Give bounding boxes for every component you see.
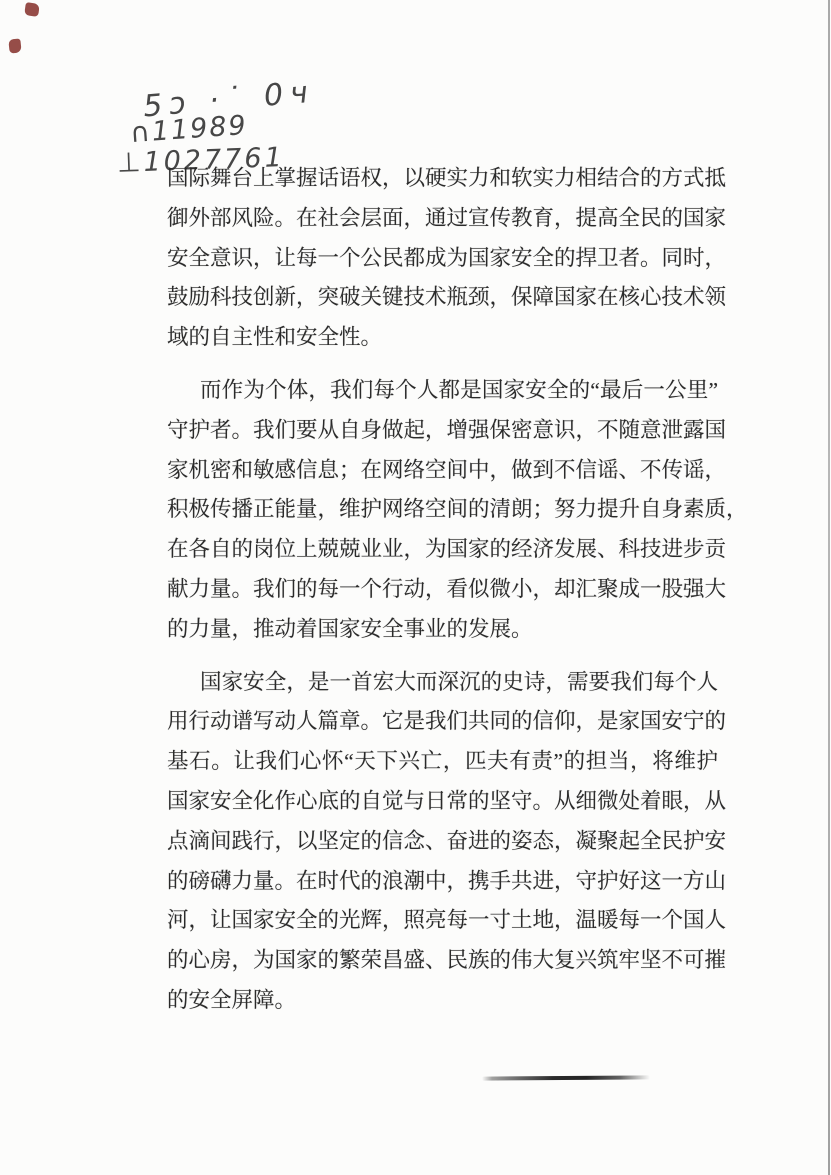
essay-line: 点滴间践行，以坚定的信念、奋进的姿态，凝聚起全民护安 [167,822,718,862]
scan-smudge-line [482,1075,650,1080]
essay-paragraph: 而作为个体，我们每个人都是国家安全的“最后一公里”守护者。我们要从自身做起，增强… [167,371,718,650]
essay-line: 的心房，为国家的繁荣昌盛、民族的伟大复兴筑牢坚不可摧 [167,941,718,981]
essay-line: 献力量。我们的每一个行动，看似微小，却汇聚成一股强大 [167,570,718,610]
essay-line: 而作为个体，我们每个人都是国家安全的“最后一公里” [167,371,718,411]
essay-line: 守护者。我们要从自身做起，增强保密意识，不随意泄露国 [167,411,718,451]
essay-line: 国家安全，是一首宏大而深沉的史诗，需要我们每个人 [167,663,718,703]
essay-paragraph: 国家安全，是一首宏大而深沉的史诗，需要我们每个人用行动谱写动人篇章。它是我们共同… [167,663,718,1021]
essay-line: 在各自的岗位上兢兢业业，为国家的经济发展、科技进步贡 [167,530,718,570]
essay-line: 家机密和敏感信息；在网络空间中，做到不信谣、不传谣， [167,451,718,491]
essay-line: 积极传播正能量，维护网络空间的清朗；努力提升自身素质， [167,490,718,530]
essay-line: 域的自主性和安全性。 [167,318,718,358]
essay-line: 鼓励科技创新，突破关键技术瓶颈，保障国家在核心技术领 [167,278,718,318]
red-ink-mark-lower [8,38,21,53]
essay-line: 基石。让我们心怀“天下兴亡，匹夫有责”的担当，将维护 [167,742,718,782]
essay-line: 的力量，推动着国家安全事业的发展。 [167,610,718,650]
essay-line: 的安全屏障。 [167,981,718,1021]
scan-edge-line [828,0,830,1175]
essay-line: 国家安全化作心底的自觉与日常的坚守。从细微处着眼，从 [167,782,718,822]
essay-body-text: 国际舞台上掌握话语权，以硬实力和软实力相结合的方式抵御外部风险。在社会层面，通过… [167,159,718,1021]
red-ink-mark-top [24,2,40,17]
essay-line: 国际舞台上掌握话语权，以硬实力和软实力相结合的方式抵 [167,159,718,199]
essay-paragraph: 国际舞台上掌握话语权，以硬实力和软实力相结合的方式抵御外部风险。在社会层面，通过… [167,159,718,358]
scanned-document-page: 5ɔ ·˙ 0ч ∩11989 ⊥1027761 国际舞台上掌握话语权，以硬实力… [0,0,831,1175]
essay-line: 御外部风险。在社会层面，通过宣传教育，提高全民的国家 [167,199,718,239]
essay-line: 的磅礴力量。在时代的浪潮中，携手共进，守护好这一方山 [167,862,718,902]
essay-line: 安全意识，让每一个公民都成为国家安全的捍卫者。同时， [167,239,718,279]
essay-line: 河，让国家安全的光辉，照亮每一寸土地，温暖每一个国人 [167,901,718,941]
essay-line: 用行动谱写动人篇章。它是我们共同的信仰，是家国安宁的 [167,702,718,742]
